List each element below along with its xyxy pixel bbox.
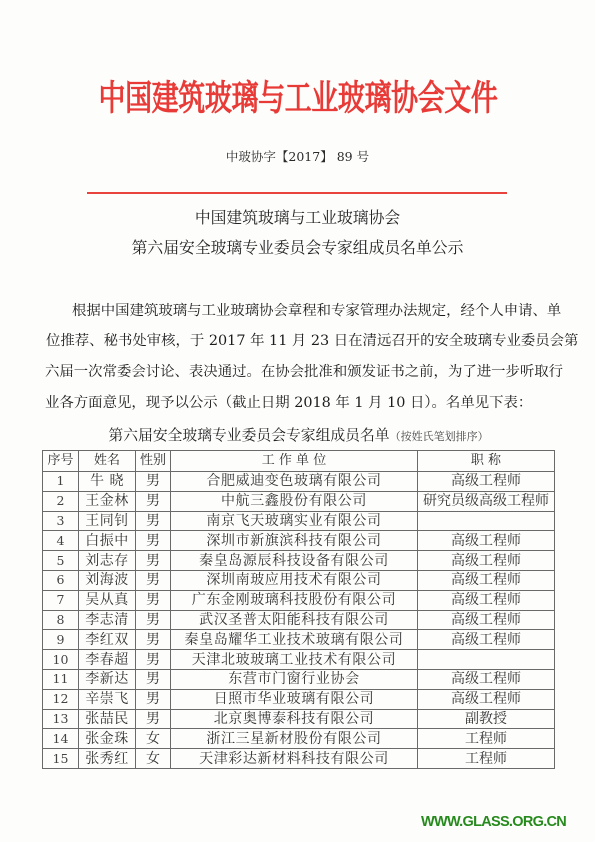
cell-index: 1 [43, 472, 79, 492]
table-row: 4 白振中 男 深圳市新旗滨科技有限公司 高级工程师 [43, 531, 555, 551]
cell-employer: 浙江三星新材股份有限公司 [171, 729, 418, 749]
cell-name: 王金林 [79, 491, 136, 511]
cell-title: 高级工程师 [418, 610, 555, 630]
cell-gender: 男 [136, 689, 171, 709]
cell-name: 李红双 [79, 630, 136, 650]
header-divider [87, 192, 507, 194]
cell-title [418, 511, 555, 531]
cell-title: 高级工程师 [418, 531, 555, 551]
cell-index: 5 [43, 551, 79, 571]
table-row: 8 李志清 男 武汉圣普太阳能科技有限公司 高级工程师 [43, 610, 555, 630]
heading-organization: 中国建筑玻璃与工业玻璃协会 [0, 208, 595, 228]
cell-name: 张金珠 [79, 729, 136, 749]
cell-gender: 男 [136, 570, 171, 590]
document-number: 中玻协字【2017】 89 号 [0, 149, 595, 165]
cell-gender: 男 [136, 551, 171, 571]
cell-employer: 深圳南玻应用技术有限公司 [171, 570, 418, 590]
cell-gender: 男 [136, 669, 171, 689]
cell-title: 高级工程师 [418, 630, 555, 650]
cell-index: 2 [43, 491, 79, 511]
cell-name: 辛崇飞 [79, 689, 136, 709]
table-row: 13 张喆民 男 北京奥博泰科技有限公司 副教授 [43, 709, 555, 729]
cell-index: 11 [43, 669, 79, 689]
cell-employer: 广东金刚玻璃科技股份有限公司 [171, 590, 418, 610]
paragraph-line: 业各方面意见，现予以公示（截止日期 2018 年 1 月 10 日）。名单见下表… [45, 394, 505, 412]
cell-employer: 秦皇岛耀华工业技术玻璃有限公司 [171, 630, 418, 650]
cell-name: 刘志存 [79, 551, 136, 571]
cell-employer: 南京飞天玻璃实业有限公司 [171, 511, 418, 531]
cell-employer: 中航三鑫股份有限公司 [171, 491, 418, 511]
heading-announcement-title: 第六届安全玻璃专业委员会专家组成员名单公示 [0, 238, 595, 258]
cell-gender: 男 [136, 610, 171, 630]
document-header-title: 中国建筑玻璃与工业玻璃协会文件 [60, 80, 536, 119]
table-row: 11 李新达 男 东营市门窗行业协会 高级工程师 [43, 669, 555, 689]
table-row: 15 张秀红 女 天津彩达新材料科技有限公司 工程师 [43, 749, 555, 769]
cell-name: 张秀红 [79, 749, 136, 769]
cell-name: 李志清 [79, 610, 136, 630]
table-row: 2 王金林 男 中航三鑫股份有限公司 研究员级高级工程师 [43, 491, 555, 511]
cell-index: 6 [43, 570, 79, 590]
cell-title [418, 650, 555, 670]
cell-employer: 北京奥博泰科技有限公司 [171, 709, 418, 729]
table-header-row: 序号 姓名 性别 工 作 单 位 职 称 [43, 451, 555, 472]
column-header-name: 姓名 [79, 451, 136, 472]
cell-gender: 男 [136, 650, 171, 670]
cell-employer: 合肥威迪变色玻璃有限公司 [171, 472, 418, 492]
website-url: WWW.GLASS.ORG.CN [421, 814, 566, 830]
cell-gender: 男 [136, 472, 171, 492]
paragraph-line: 位推荐、秘书处审核，于 2017 年 11 月 23 日在清远召开的安全玻璃专业… [46, 332, 548, 350]
cell-name: 张喆民 [79, 709, 136, 729]
cell-name: 吴从真 [79, 590, 136, 610]
table-row: 7 吴从真 男 广东金刚玻璃科技股份有限公司 高级工程师 [43, 590, 555, 610]
cell-index: 9 [43, 630, 79, 650]
cell-index: 15 [43, 749, 79, 769]
cell-employer: 武汉圣普太阳能科技有限公司 [171, 610, 418, 630]
table-row: 5 刘志存 男 秦皇岛源辰科技设备有限公司 高级工程师 [43, 551, 555, 571]
column-header-employer: 工 作 单 位 [171, 451, 418, 472]
cell-name: 牛 晓 [79, 472, 136, 492]
cell-name: 刘海波 [79, 570, 136, 590]
table-caption-title: 第六届安全玻璃专业委员会专家组成员名单 [108, 427, 389, 444]
cell-title: 高级工程师 [418, 570, 555, 590]
table-row: 1 牛 晓 男 合肥威迪变色玻璃有限公司 高级工程师 [43, 472, 555, 492]
cell-employer: 深圳市新旗滨科技有限公司 [171, 531, 418, 551]
cell-title: 工程师 [418, 729, 555, 749]
cell-title: 工程师 [418, 749, 555, 769]
cell-title: 高级工程师 [418, 669, 555, 689]
cell-gender: 男 [136, 590, 171, 610]
cell-title: 高级工程师 [418, 590, 555, 610]
cell-name: 李春超 [79, 650, 136, 670]
column-header-index: 序号 [43, 451, 79, 472]
cell-name: 李新达 [79, 669, 136, 689]
cell-employer: 秦皇岛源辰科技设备有限公司 [171, 551, 418, 571]
cell-gender: 男 [136, 630, 171, 650]
cell-gender: 女 [136, 749, 171, 769]
paragraph-line: 根据中国建筑玻璃与工业玻璃协会章程和专家管理办法规定，经个人申请、单 [72, 302, 552, 320]
cell-index: 4 [43, 531, 79, 551]
table-caption-note: （按姓氏笔划排序） [390, 430, 489, 443]
cell-index: 7 [43, 590, 79, 610]
table-row: 12 辛崇飞 男 日照市华业玻璃有限公司 高级工程师 [43, 689, 555, 709]
column-header-title: 职 称 [418, 451, 555, 472]
cell-employer: 天津彩达新材料科技有限公司 [171, 749, 418, 769]
cell-index: 13 [43, 709, 79, 729]
cell-gender: 男 [136, 531, 171, 551]
cell-title: 高级工程师 [418, 472, 555, 492]
cell-name: 白振中 [79, 531, 136, 551]
cell-index: 14 [43, 729, 79, 749]
cell-title: 副教授 [418, 709, 555, 729]
cell-gender: 女 [136, 729, 171, 749]
cell-index: 8 [43, 610, 79, 630]
table-row: 6 刘海波 男 深圳南玻应用技术有限公司 高级工程师 [43, 570, 555, 590]
cell-employer: 日照市华业玻璃有限公司 [171, 689, 418, 709]
table-row: 10 李春超 男 天津北玻玻璃工业技术有限公司 [43, 650, 555, 670]
cell-gender: 男 [136, 491, 171, 511]
cell-name: 王同钊 [79, 511, 136, 531]
cell-employer: 天津北玻玻璃工业技术有限公司 [171, 650, 418, 670]
cell-title: 高级工程师 [418, 689, 555, 709]
cell-title: 高级工程师 [418, 551, 555, 571]
table-row: 3 王同钊 男 南京飞天玻璃实业有限公司 [43, 511, 555, 531]
expert-roster-table: 序号 姓名 性别 工 作 单 位 职 称 1 牛 晓 男 合肥威迪变色玻璃有限公… [42, 450, 555, 769]
cell-gender: 男 [136, 511, 171, 531]
cell-index: 10 [43, 650, 79, 670]
cell-employer: 东营市门窗行业协会 [171, 669, 418, 689]
cell-title: 研究员级高级工程师 [418, 491, 555, 511]
column-header-gender: 性别 [136, 451, 171, 472]
cell-index: 12 [43, 689, 79, 709]
table-row: 9 李红双 男 秦皇岛耀华工业技术玻璃有限公司 高级工程师 [43, 630, 555, 650]
cell-index: 3 [43, 511, 79, 531]
cell-gender: 男 [136, 709, 171, 729]
table-row: 14 张金珠 女 浙江三星新材股份有限公司 工程师 [43, 729, 555, 749]
table-caption: 第六届安全玻璃专业委员会专家组成员名单（按姓氏笔划排序） [0, 426, 595, 446]
paragraph-line: 六届一次常委会讨论、表决通过。在协会批准和颁发证书之前，为了进一步听取行 [45, 363, 548, 381]
